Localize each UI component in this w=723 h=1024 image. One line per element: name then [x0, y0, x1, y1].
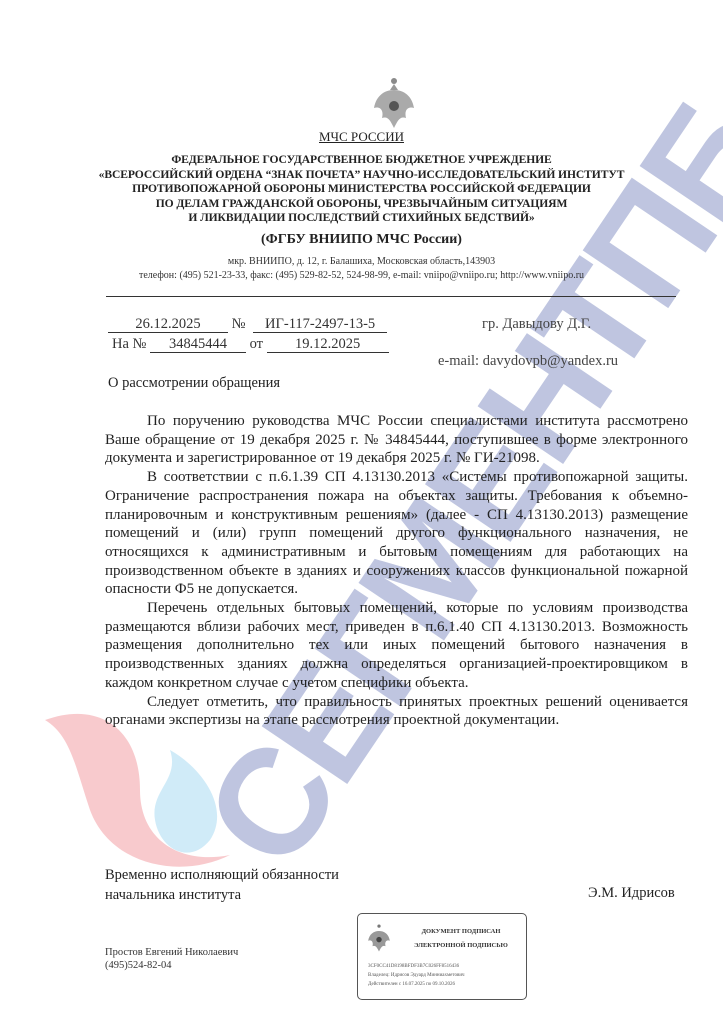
emchs-emblem-icon [366, 922, 392, 954]
signer-position-line: Временно исполняющий обязанности [105, 865, 339, 885]
stamp-owner: Владелец: Идрисов Эдуард Минниахметович [368, 973, 465, 978]
emchs-emblem-icon [370, 76, 418, 130]
body-paragraph: Следует отметить, что правильность приня… [105, 693, 688, 730]
body-paragraph: По поручению руководства МЧС России спец… [105, 412, 688, 468]
stamp-title-line: ДОКУМЕНТ ПОДПИСАН [402, 925, 520, 939]
letter-subject: О рассмотрении обращения [108, 375, 280, 392]
outgoing-registration: 26.12.2025 № ИГ-117-2497-13-5 [108, 316, 387, 333]
org-line: «ВСЕРОССИЙСКИЙ ОРДЕНА “ЗНАК ПОЧЕТА” НАУЧ… [0, 168, 723, 183]
incoming-reference: На № 34845444 от 19.12.2025 [112, 336, 389, 353]
signer-name: Э.М. Идрисов [588, 885, 675, 902]
letterhead-divider [106, 296, 676, 297]
outgoing-number: ИГ-117-2497-13-5 [253, 317, 387, 333]
body-paragraph: Перечень отдельных бытовых помещений, ко… [105, 599, 688, 693]
executor-phone: (495)524-82-04 [105, 959, 238, 972]
electronic-signature-stamp: ДОКУМЕНТ ПОДПИСАН ЭЛЕКТРОННОЙ ПОДПИСЬЮ 3… [357, 913, 527, 1000]
stamp-validity: Действителен с 16.07.2025 по 09.10.2026 [368, 982, 455, 987]
organization-full-name: ФЕДЕРАЛЬНОЕ ГОСУДАРСТВЕННОЕ БЮДЖЕТНОЕ УЧ… [0, 153, 723, 226]
stamp-title-line: ЭЛЕКТРОННОЙ ПОДПИСЬЮ [402, 939, 520, 953]
organization-address: мкр. ВНИИПО, д. 12, г. Балашиха, Московс… [0, 256, 723, 267]
organization-contacts: телефон: (495) 521-23-33, факс: (495) 52… [0, 270, 723, 281]
reply-to-label: На № [112, 336, 146, 352]
from-label: от [250, 336, 263, 352]
organization-short-name: (ФГБУ ВНИИПО МЧС России) [0, 232, 723, 248]
reply-to-number: 34845444 [150, 337, 246, 353]
stamp-title: ДОКУМЕНТ ПОДПИСАН ЭЛЕКТРОННОЙ ПОДПИСЬЮ [402, 925, 520, 953]
org-line: И ЛИКВИДАЦИИ ПОСЛЕДСТВИЙ СТИХИЙНЫХ БЕДСТ… [0, 211, 723, 226]
stamp-certificate: 3CF0CC41D8198BFDF3B7C026FF8516436 [368, 964, 459, 969]
addressee-email[interactable]: e-mail: davydovpb@yandex.ru [438, 353, 618, 370]
org-line: ПРОТИВОПОЖАРНОЙ ОБОРОНЫ МИНИСТЕРСТВА РОС… [0, 182, 723, 197]
number-label: № [232, 316, 246, 332]
executor-name: Простов Евгений Николаевич [105, 946, 238, 959]
signer-position: Временно исполняющий обязанности начальн… [105, 865, 339, 905]
outgoing-date: 26.12.2025 [108, 317, 228, 333]
org-line: ПО ДЕЛАМ ГРАЖДАНСКОЙ ОБОРОНЫ, ЧРЕЗВЫЧАЙН… [0, 197, 723, 212]
org-line: ФЕДЕРАЛЬНОЕ ГОСУДАРСТВЕННОЕ БЮДЖЕТНОЕ УЧ… [0, 153, 723, 168]
addressee-name: гр. Давыдову Д.Г. [482, 316, 591, 333]
executor-info: Простов Евгений Николаевич (495)524-82-0… [105, 946, 238, 972]
ministry-name: МЧС РОССИИ [0, 129, 723, 145]
signer-position-line: начальника института [105, 885, 339, 905]
letter-body: По поручению руководства МЧС России спец… [105, 412, 688, 730]
body-paragraph: В соответствии с п.6.1.39 СП 4.13130.201… [105, 468, 688, 599]
reply-to-date: 19.12.2025 [267, 337, 389, 353]
